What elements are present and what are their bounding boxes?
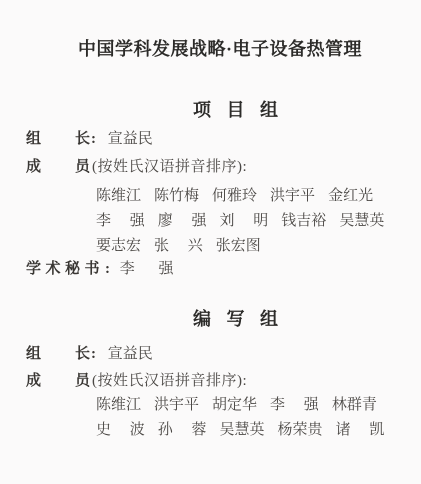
secretary-label: 学术秘书 [26, 261, 104, 277]
member-name: 陈维江 [96, 395, 141, 415]
members-label: 成 员 [26, 371, 90, 391]
member-name: 洪宇平 [154, 395, 199, 415]
leader-name: 宣益民 [108, 131, 153, 147]
leader-label: 组 长 [26, 344, 90, 364]
document-page: 中国学科发展战略·电子设备热管理 项 目 组 组 长 : 宣益民 成 员 (按姓… [0, 0, 421, 484]
member-name: 钱吉裕 [281, 211, 326, 231]
writing-group-members-row: 成 员 (按姓氏汉语拼音排序): [26, 371, 247, 391]
leader-colon: : [91, 346, 96, 362]
member-name: 要志宏 [96, 236, 141, 256]
member-name: 诸 凯 [336, 420, 385, 440]
writing-member-row: 陈维江 洪宇平 胡定华 李 强 林群青 [96, 395, 377, 415]
leader-label-left: 组 [26, 129, 41, 149]
writing-group-leader-row: 组 长 : 宣益民 [26, 344, 153, 364]
member-name: 张 兴 [154, 236, 203, 256]
members-sort-note: (按姓氏汉语拼音排序): [92, 373, 247, 389]
member-name: 陈维江 [96, 186, 141, 206]
member-name: 李 强 [270, 395, 319, 415]
member-name: 洪宇平 [270, 186, 315, 206]
member-name: 吴慧英 [339, 211, 384, 231]
member-name: 李 强 [96, 211, 145, 231]
project-member-row: 陈维江 陈竹梅 何雅玲 洪宇平 金红光 [96, 186, 373, 206]
document-title: 中国学科发展战略·电子设备热管理 [78, 37, 362, 61]
member-name: 史 波 [96, 420, 145, 440]
members-label-right: 员 [75, 371, 90, 391]
leader-label-right: 长 [75, 344, 90, 364]
leader-label: 组 长 [26, 129, 90, 149]
member-name: 陈竹梅 [154, 186, 199, 206]
member-name: 张宏图 [216, 236, 261, 256]
members-label-right: 员 [75, 157, 90, 177]
project-member-row: 李 强 廖 强 刘 明 钱吉裕 吴慧英 [96, 211, 384, 231]
secretary-colon: : [105, 261, 110, 277]
project-group-members-row: 成 员 (按姓氏汉语拼音排序): [26, 157, 247, 177]
leader-label-right: 长 [75, 129, 90, 149]
project-group-heading: 项 目 组 [193, 98, 278, 122]
writing-member-row: 史 波 孙 蓉 吴慧英 杨荣贵 诸 凯 [96, 420, 384, 440]
member-name: 胡定华 [212, 395, 257, 415]
member-name: 廖 强 [158, 211, 207, 231]
writing-group-heading: 编 写 组 [193, 307, 278, 331]
member-name: 杨荣贵 [278, 420, 323, 440]
member-name: 孙 蓉 [158, 420, 207, 440]
member-name: 金红光 [328, 186, 373, 206]
member-name: 刘 明 [220, 211, 269, 231]
members-label-left: 成 [26, 371, 41, 391]
leader-name: 宣益民 [108, 346, 153, 362]
leader-colon: : [91, 131, 96, 147]
leader-label-left: 组 [26, 344, 41, 364]
secretary-name: 李 强 [120, 261, 174, 277]
project-group-leader-row: 组 长 : 宣益民 [26, 129, 153, 149]
member-name: 林群青 [332, 395, 377, 415]
academic-secretary-row: 学术秘书: 李 强 [26, 259, 174, 279]
members-label-left: 成 [26, 157, 41, 177]
members-label: 成 员 [26, 157, 90, 177]
member-name: 何雅玲 [212, 186, 257, 206]
members-sort-note: (按姓氏汉语拼音排序): [92, 159, 247, 175]
member-name: 吴慧英 [220, 420, 265, 440]
project-member-row: 要志宏 张 兴 张宏图 [96, 236, 261, 256]
